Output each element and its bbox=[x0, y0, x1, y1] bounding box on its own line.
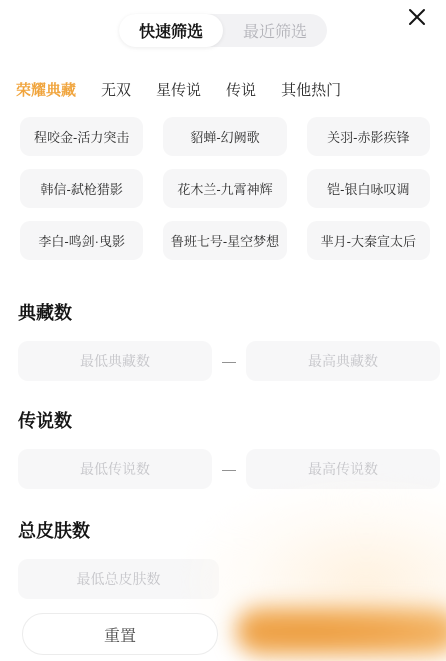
skin-chip[interactable]: 芈月-大秦宣太后 bbox=[307, 221, 430, 260]
filter-mode-switch: 快速筛选 最近筛选 bbox=[119, 14, 327, 47]
tab-recent-filter[interactable]: 最近筛选 bbox=[223, 14, 327, 47]
skin-chip[interactable]: 关羽-赤影疾锋 bbox=[307, 117, 430, 156]
close-button[interactable] bbox=[404, 4, 430, 30]
range-dash: — bbox=[212, 461, 246, 477]
max-diancang-input[interactable] bbox=[246, 341, 440, 381]
reset-button-label: 重置 bbox=[104, 623, 136, 646]
category-tab-rongyao-diancang[interactable]: 荣耀典藏 bbox=[16, 79, 76, 100]
skin-chip[interactable]: 花木兰-九霄神辉 bbox=[163, 169, 286, 208]
category-tabs: 荣耀典藏 无双 星传说 传说 其他热门 bbox=[0, 79, 446, 100]
skin-chip[interactable]: 貂蝉-幻阙歌 bbox=[163, 117, 286, 156]
skin-chip[interactable]: 程咬金-活力突击 bbox=[20, 117, 143, 156]
category-tab-chuanshuo[interactable]: 传说 bbox=[226, 79, 256, 100]
max-chuanshuo-input[interactable] bbox=[246, 449, 440, 489]
category-tab-qita-remen[interactable]: 其他热门 bbox=[281, 79, 341, 100]
skin-chip[interactable]: 鲁班七号-星空梦想 bbox=[163, 221, 286, 260]
total-skin-range-row bbox=[0, 559, 446, 599]
header: 快速筛选 最近筛选 bbox=[0, 0, 446, 64]
confirm-button-blurred[interactable] bbox=[236, 607, 446, 655]
section-title-diancang-count: 典藏数 bbox=[0, 303, 446, 323]
range-dash: — bbox=[212, 353, 246, 369]
min-total-skin-input[interactable] bbox=[18, 559, 219, 599]
category-tab-xingchuanshuo[interactable]: 星传说 bbox=[156, 79, 201, 100]
skin-chip[interactable]: 铠-银白咏叹调 bbox=[307, 169, 430, 208]
diancang-range-row: — bbox=[0, 341, 446, 381]
section-title-total-skin-count: 总皮肤数 bbox=[0, 521, 446, 541]
reset-button[interactable]: 重置 bbox=[22, 613, 218, 655]
section-title-chuanshuo-count: 传说数 bbox=[0, 411, 446, 431]
chuanshuo-range-row: — bbox=[0, 449, 446, 489]
min-diancang-input[interactable] bbox=[18, 341, 212, 381]
skin-chip[interactable]: 韩信-弑枪猎影 bbox=[20, 169, 143, 208]
tab-quick-filter[interactable]: 快速筛选 bbox=[119, 14, 223, 47]
skin-chip[interactable]: 李白-鸣剑·曳影 bbox=[20, 221, 143, 260]
min-chuanshuo-input[interactable] bbox=[18, 449, 212, 489]
skin-chip-grid: 程咬金-活力突击 貂蝉-幻阙歌 关羽-赤影疾锋 韩信-弑枪猎影 花木兰-九霄神辉… bbox=[0, 117, 446, 260]
category-tab-wushuang[interactable]: 无双 bbox=[101, 79, 131, 100]
close-icon bbox=[407, 7, 427, 27]
